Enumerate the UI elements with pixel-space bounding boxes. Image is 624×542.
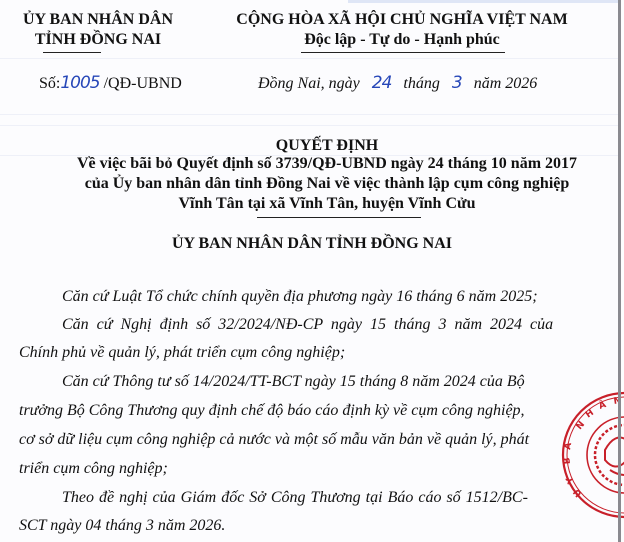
decision-title: QUYẾT ĐỊNH — [30, 136, 624, 156]
month-label: tháng — [403, 75, 439, 92]
date-month-handwritten: 3 — [452, 73, 462, 93]
legal-basis-2-line1: Căn cứ Nghị định số 32/2024/NĐ-CP ngày 1… — [62, 314, 553, 336]
legal-basis-1: Căn cứ Luật Tổ chức chính quyền địa phươ… — [62, 286, 538, 308]
document-number: Số:1005 /QĐ-UBND — [39, 72, 182, 95]
place-prefix: Đồng Nai, ngày — [258, 75, 360, 92]
place-date: Đồng Nai, ngày24tháng3năm 2026 — [258, 72, 537, 95]
scan-line — [0, 58, 621, 59]
national-title: CỘNG HÒA XÃ HỘI CHỦ NGHĨA VIỆT NAM — [226, 10, 578, 30]
date-day-handwritten: 24 — [372, 73, 392, 93]
issuing-authority: ỦY BAN NHÂN DÂN TỈNH ĐỒNG NAI — [0, 234, 624, 254]
legal-basis-2-line2: Chính phủ về quản lý, phát triển cụm côn… — [19, 342, 345, 364]
agency-name-line1: ỦY BAN NHÂN DÂN — [0, 10, 196, 30]
legal-basis-3-line4: triển cụm công nghiệp; — [19, 458, 168, 480]
decision-subject-line3: Vĩnh Tân tại xã Vĩnh Tân, huyện Vĩnh Cửu — [30, 194, 624, 214]
legal-basis-3-line1: Căn cứ Thông tư số 14/2024/TT-BCT ngày 1… — [62, 371, 525, 393]
scan-line — [0, 114, 621, 115]
year-label: năm 2026 — [474, 75, 538, 92]
proposal-line2: SCT ngày 04 tháng 3 năm 2026. — [19, 515, 225, 537]
proposal-line1: Theo đề nghị của Giám đốc Sở Công Thương… — [62, 487, 528, 509]
national-motto: Độc lập - Tự do - Hạnh phúc — [226, 30, 578, 50]
legal-basis-3-line2: trưởng Bộ Công Thương quy định chế độ bá… — [19, 400, 525, 422]
svg-text:A: A — [563, 442, 574, 451]
agency-underline — [43, 52, 101, 53]
decision-subject-line2: của Ủy ban nhân dân tỉnh Đồng Nai về việ… — [30, 174, 624, 194]
svg-text:B: B — [562, 457, 573, 465]
document-page: ỦY BAN NHÂN DÂN TỈNH ĐỒNG NAI CỘNG HÒA X… — [0, 0, 621, 542]
doc-number-prefix: Số: — [39, 75, 60, 92]
legal-basis-3-line3: cơ sở dữ liệu cụm công nghiệp cả nước và… — [19, 429, 529, 451]
decision-subject-line1: Về việc bãi bỏ Quyết định số 3739/QĐ-UBN… — [30, 154, 624, 174]
agency-name-line2: TỈNH ĐỒNG NAI — [0, 30, 196, 50]
scan-tint — [348, 0, 618, 3]
scan-line — [0, 125, 621, 126]
motto-underline — [301, 52, 505, 53]
svg-text:N: N — [575, 420, 588, 432]
svg-text:H: H — [584, 408, 596, 421]
red-official-seal-icon: N H Â N D Â A B Y U — [560, 390, 624, 520]
subject-underline — [257, 217, 421, 218]
doc-number-handwritten: 1005 — [60, 73, 99, 93]
doc-number-suffix: /QĐ-UBND — [104, 75, 182, 92]
page-edge — [618, 0, 621, 542]
